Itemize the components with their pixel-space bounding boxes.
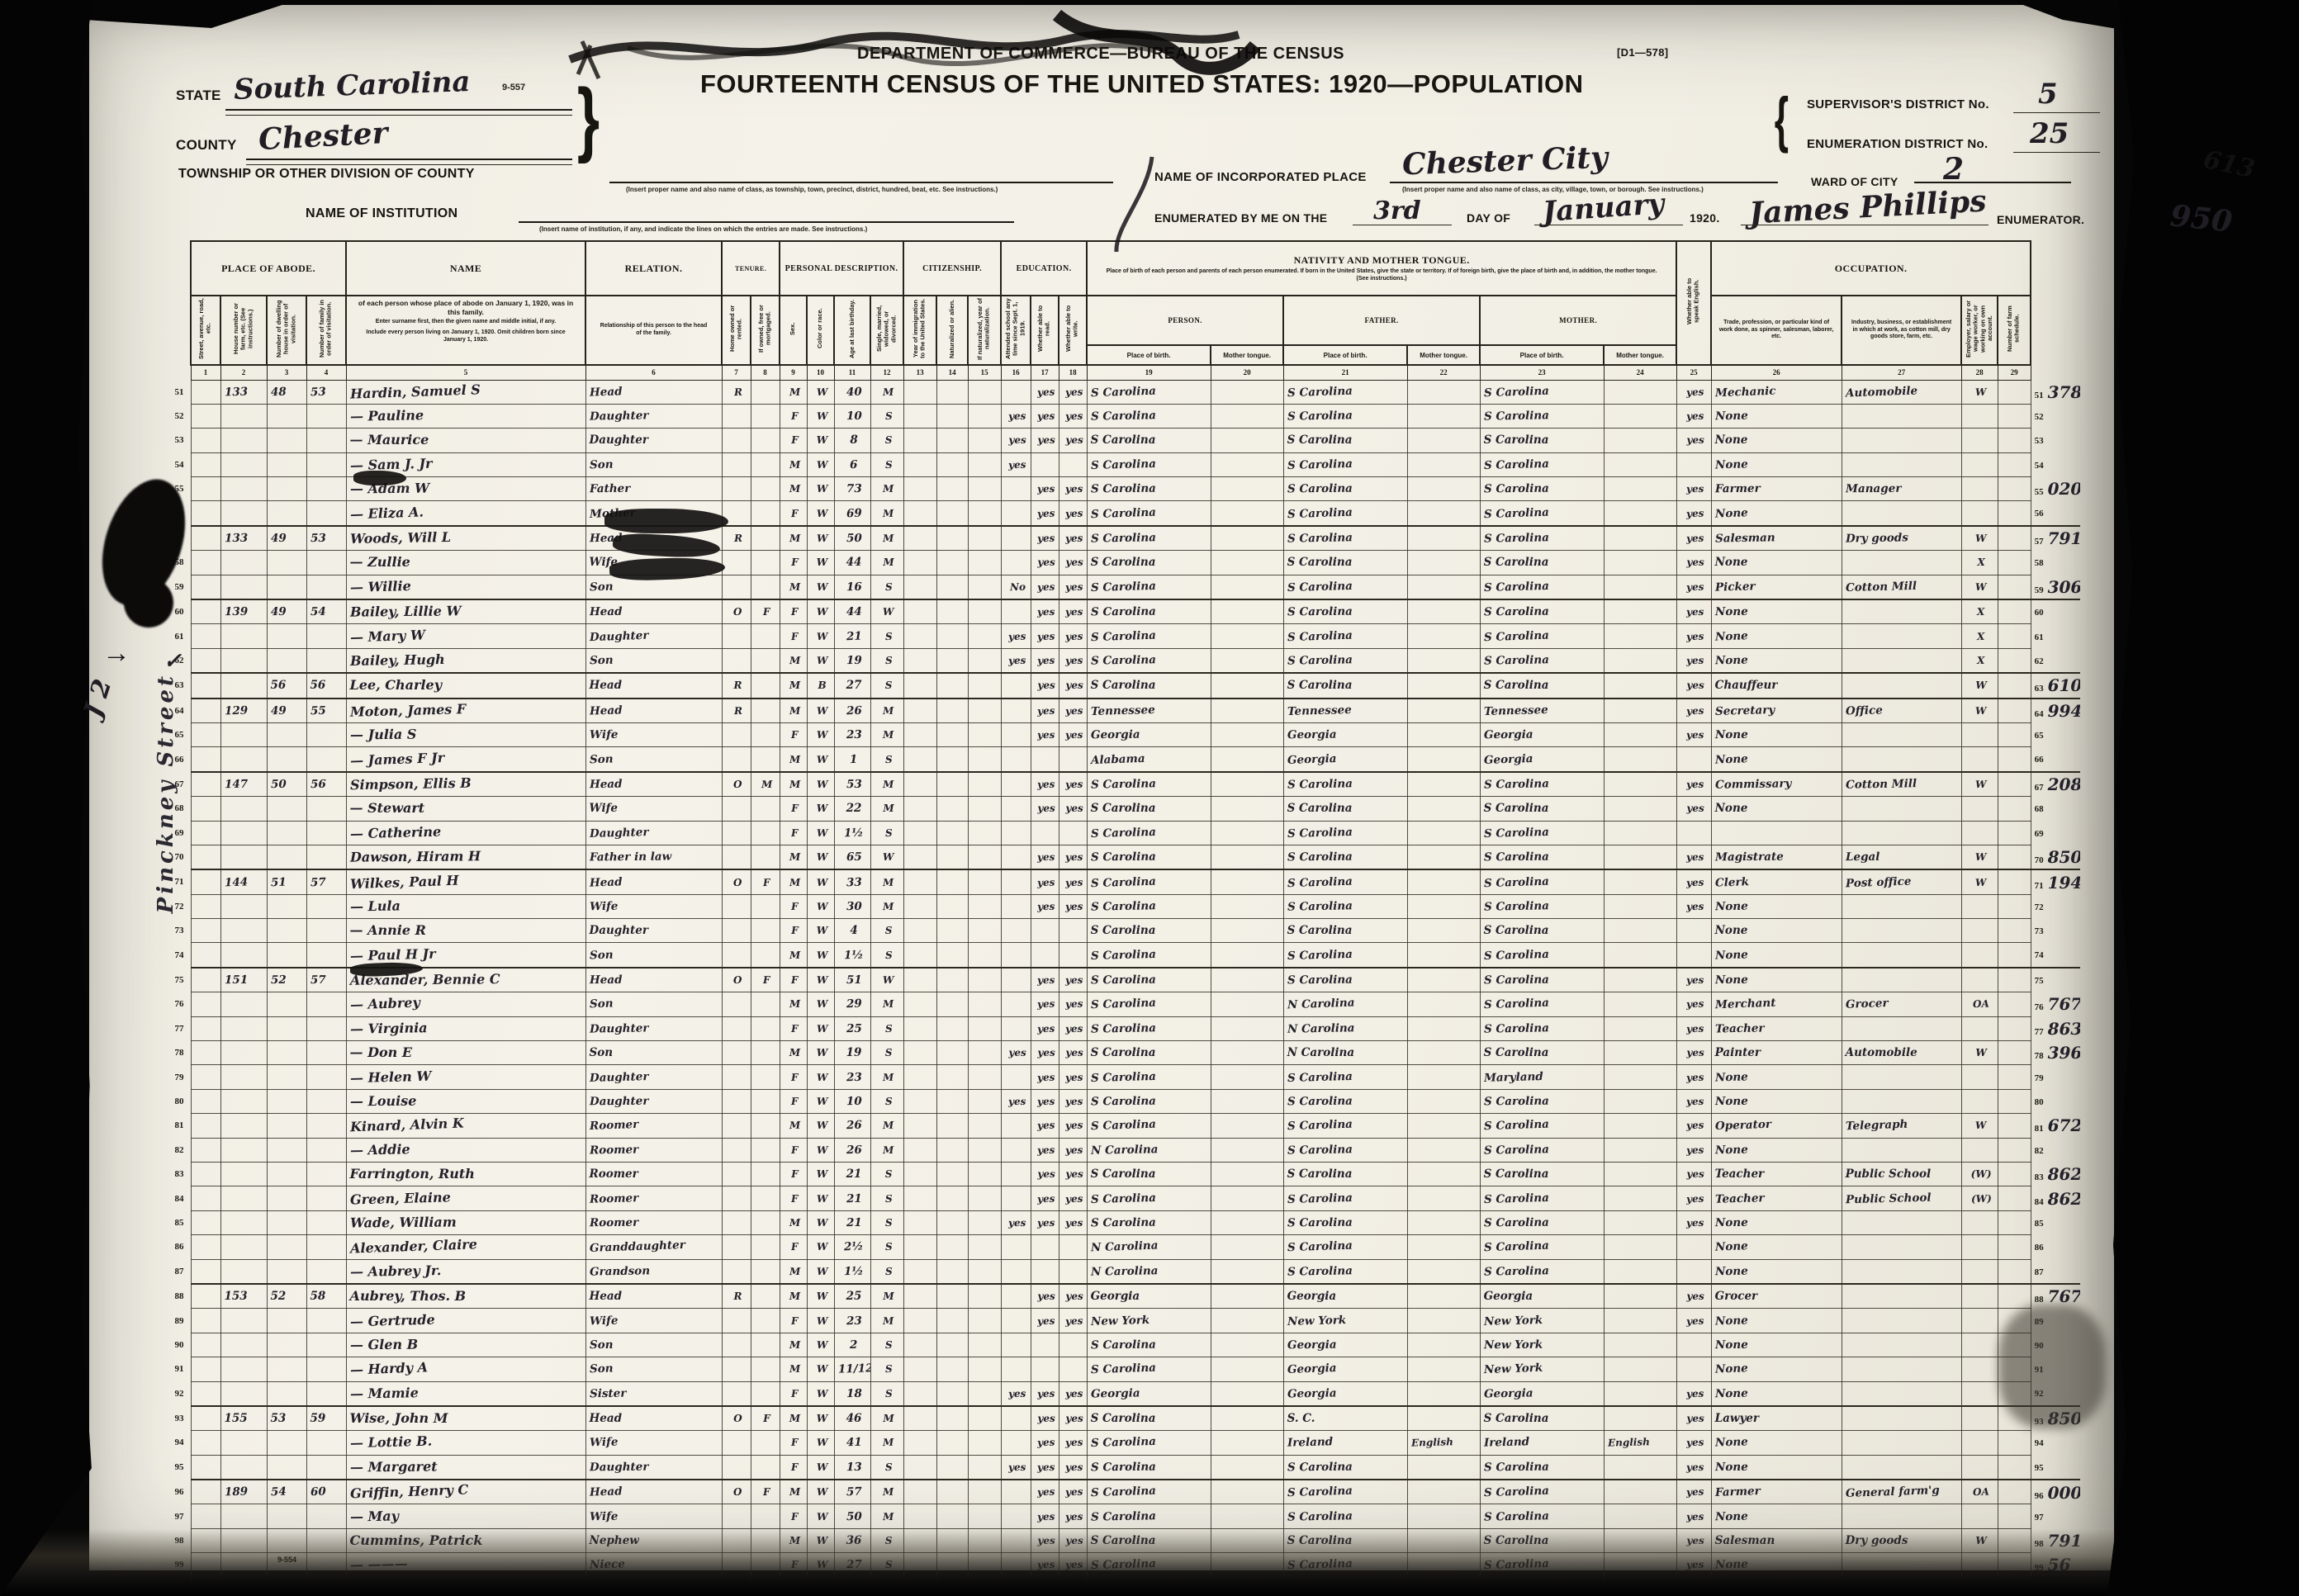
cell-pob-person: S Carolina [1087, 845, 1211, 869]
cell-industry [1842, 1235, 1961, 1259]
handwritten-value: None [1711, 1436, 1747, 1450]
cell-nat-year [968, 1016, 1001, 1040]
cell-tenure [722, 747, 751, 772]
handwritten-value: 16 [842, 580, 861, 594]
cell-farm [1998, 452, 2031, 476]
cell-write: yes [1059, 1309, 1087, 1333]
census-row: 881535258Aubrey, Thos. BHeadRMW25Myesyes… [161, 1284, 2080, 1309]
cell-read: yes [1031, 501, 1059, 526]
column-number: 28 [1961, 365, 1998, 380]
cell-relation: Daughter [585, 1016, 722, 1040]
handwritten-value: None [1711, 1314, 1747, 1328]
col-street-note: Street, avenue, road, etc. [198, 297, 212, 360]
handwritten-value: yes [1034, 1144, 1055, 1156]
cell-pob-father: S Carolina [1283, 1138, 1407, 1162]
cell-tenure [722, 1504, 751, 1528]
handwritten-value: Daughter [586, 433, 648, 447]
census-row: 961895460Griffin, Henry CHeadOFMW57Myesy… [161, 1480, 2080, 1504]
cell-write: yes [1059, 845, 1087, 869]
cell-school [1001, 501, 1031, 526]
cell-dwelling [267, 821, 306, 845]
margin-code-number: 610 [2044, 675, 2081, 695]
cell-naturalized [936, 551, 968, 575]
handwritten-value: W [813, 998, 828, 1011]
cell-write [1059, 821, 1087, 845]
handwritten-value: M [879, 1437, 894, 1448]
handwritten-value: 23 [843, 728, 862, 741]
handwritten-value: yes [1062, 1461, 1083, 1473]
cell-house [220, 1163, 267, 1186]
handwritten-value: yes [1034, 483, 1055, 495]
cell-employer [1961, 1259, 1998, 1284]
cell-marital: M [870, 1114, 903, 1138]
handwritten-value: Head [585, 778, 622, 792]
cell-race: W [807, 845, 834, 869]
handwritten-value: S Carolina [1283, 409, 1352, 423]
cell-dwelling [267, 1381, 306, 1406]
cell-mt-person [1211, 722, 1283, 746]
cell-pob-mother: S Carolina [1480, 1504, 1604, 1528]
handwritten-value: Operator [1711, 1118, 1771, 1134]
handwritten-value: S Carolina [1480, 899, 1548, 913]
handwritten-value: Lee, Charley [347, 677, 442, 693]
handwritten-value: W [813, 1266, 828, 1277]
cell-race: W [807, 869, 834, 894]
cell-pob-father: S Carolina [1283, 1259, 1407, 1284]
cell-house: 139 [220, 599, 267, 624]
printed-line-number: 81 [2031, 1124, 2044, 1134]
handwritten-value: 1½ [841, 1265, 864, 1278]
handwritten-value: 41 [842, 1436, 861, 1450]
cell-pob-mother: S Carolina [1480, 845, 1604, 869]
cell-house [220, 501, 267, 526]
cell-english: yes [1676, 772, 1711, 797]
handwritten-value: yes [1683, 998, 1704, 1011]
cell-tenure [722, 648, 751, 673]
handwritten-value: 19 [843, 1046, 862, 1059]
handwritten-value: Georgia [1284, 1338, 1337, 1352]
handwritten-value: M [786, 753, 801, 765]
handwritten-value: S Carolina [1087, 653, 1155, 667]
handwritten-value: None [1711, 948, 1747, 962]
cell-immigration [903, 1381, 936, 1406]
handwritten-value: F [788, 630, 799, 642]
cell-mt-father [1407, 1381, 1480, 1406]
cell-trade: Salesman [1711, 526, 1842, 551]
cell-street [191, 1041, 220, 1065]
cell-age: 26 [834, 1114, 870, 1138]
cell-nat-year [968, 1504, 1001, 1528]
cell-industry: Telegraph [1842, 1114, 1961, 1138]
cell-pob-mother: S Carolina [1480, 526, 1604, 551]
cell-race: W [807, 1016, 834, 1040]
cell-sex: F [780, 797, 807, 821]
cell-trade: Teacher [1711, 1163, 1842, 1186]
cell-relation: Son [585, 747, 722, 772]
cell-name: — Lottie B. [346, 1431, 585, 1455]
cell-employer: OA [1961, 992, 1998, 1016]
cell-naturalized [936, 501, 968, 526]
handwritten-value: 60 [306, 1485, 325, 1499]
cell-pob-mother: Georgia [1480, 747, 1604, 772]
cell-school [1001, 673, 1031, 698]
col-age-note: Age at last birthday. [849, 297, 856, 360]
cell-school [1001, 772, 1031, 797]
handwritten-value: S Carolina [1087, 384, 1155, 400]
handwritten-value: 22 [843, 802, 862, 815]
handwritten-value: Office [1842, 703, 1882, 717]
cell-employer: W [1961, 380, 1998, 404]
cell-nat-year [968, 1210, 1001, 1234]
cell-english [1676, 452, 1711, 476]
handwritten-value: yes [1683, 655, 1704, 666]
handwritten-value: Green, Elaine [346, 1189, 450, 1207]
cell-name: — Aubrey Jr. [346, 1259, 585, 1284]
handwritten-value: yes [1034, 1047, 1055, 1058]
cell-nat-year [968, 1406, 1001, 1431]
cell-employer [1961, 429, 1998, 452]
cell-pob-mother: S Carolina [1480, 1259, 1604, 1284]
cell-mt-mother [1604, 624, 1676, 648]
cell-house [220, 1333, 267, 1357]
cell-immigration [903, 452, 936, 476]
cell-sex: M [780, 869, 807, 894]
handwritten-value: Clerk [1711, 875, 1748, 890]
cell-immigration [903, 1259, 936, 1284]
cell-trade: None [1711, 404, 1842, 428]
cell-family: 60 [306, 1480, 346, 1504]
cell-street [191, 968, 220, 992]
cell-street [191, 501, 220, 526]
cell-pob-mother: S Carolina [1480, 1235, 1604, 1259]
handwritten-value: 23 [842, 1070, 861, 1084]
cell-immigration [903, 1016, 936, 1040]
printed-line-number: 53 [2031, 436, 2044, 446]
cell-mt-person [1211, 1235, 1283, 1259]
cell-street [191, 1309, 220, 1333]
cell-age: 44 [834, 599, 870, 624]
cell-employer: OA [1961, 1480, 1998, 1504]
handwritten-value: yes [1034, 1314, 1055, 1327]
line-number-right: 58 [2031, 551, 2080, 575]
cell-mortgage [751, 1041, 780, 1065]
handwritten-value: S Carolina [1284, 679, 1353, 692]
cell-family [306, 943, 346, 968]
handwritten-value: — Lula [346, 897, 400, 914]
cell-street [191, 429, 220, 452]
handwritten-value: — Stewart [347, 800, 425, 816]
cell-dwelling: 54 [267, 1480, 306, 1504]
handwritten-value: O [730, 876, 742, 888]
cell-trade: None [1711, 624, 1842, 648]
cell-dwelling [267, 747, 306, 772]
handwritten-value: — Aubrey Jr. [346, 1262, 441, 1280]
handwritten-value: New York [1481, 1338, 1543, 1352]
handwritten-value: Teacher [1712, 1167, 1765, 1181]
handwritten-value: M [786, 1339, 800, 1351]
printed-line-number: 65 [2031, 731, 2044, 741]
cell-mt-father [1407, 673, 1480, 698]
line-number-right: 73 [2031, 919, 2080, 943]
handwritten-value: S [882, 1168, 893, 1180]
handwritten-value: — Paul H Jr [346, 945, 435, 964]
col-family: Number of family in order of visitation. [306, 296, 346, 365]
census-row: 89— GertrudeWifeFW23MyesyesNew YorkNew Y… [161, 1309, 2080, 1333]
handwritten-value: S Carolina [1481, 605, 1549, 619]
cell-mt-person [1211, 772, 1283, 797]
cell-mt-father [1407, 380, 1480, 404]
cell-industry [1842, 673, 1961, 698]
cell-relation: Daughter [585, 1089, 722, 1113]
handwritten-value: Wife [586, 802, 618, 815]
handwritten-value: yes [1683, 507, 1704, 519]
cell-pob-father: S Carolina [1283, 1089, 1407, 1113]
handwritten-value: None [1711, 900, 1747, 914]
cell-mortgage [751, 722, 780, 746]
printed-line-number: 86 [2031, 1243, 2044, 1253]
cell-marital: S [870, 575, 903, 599]
handwritten-value: W [813, 705, 828, 717]
cell-pob-father: S Carolina [1283, 1504, 1407, 1528]
cell-sex: F [780, 429, 807, 452]
cell-nat-year [968, 1333, 1001, 1357]
cell-street [191, 575, 220, 599]
cell-age: 65 [834, 845, 870, 869]
cell-relation: Roomer [585, 1114, 722, 1138]
cell-industry [1842, 501, 1961, 526]
cell-school [1001, 526, 1031, 551]
printed-line-number: 84 [2031, 1197, 2044, 1207]
table-body: 511334853Hardin, Samuel SHeadRMW40Myesye… [161, 380, 2080, 1596]
cell-trade: Teacher [1711, 1016, 1842, 1040]
cell-nat-year [968, 599, 1001, 624]
handwritten-value: Daughter [585, 628, 648, 644]
cell-industry [1842, 1210, 1961, 1234]
cell-english: yes [1676, 845, 1711, 869]
cell-race: W [807, 1210, 834, 1234]
handwritten-value: None [1711, 629, 1747, 644]
cell-family: 56 [306, 772, 346, 797]
cell-employer [1961, 452, 1998, 476]
handwritten-value: F [788, 606, 799, 618]
cell-write [1059, 1259, 1087, 1284]
handwritten-value: S Carolina [1480, 1143, 1548, 1157]
col-mortgage: If owned, free or mortgaged. [751, 296, 780, 365]
cell-family [306, 1041, 346, 1065]
column-number: 2 [220, 365, 267, 380]
handwritten-value: F [788, 1461, 799, 1473]
cell-farm [1998, 1455, 2031, 1480]
cell-pob-father: S Carolina [1283, 919, 1407, 943]
cell-street [191, 1163, 220, 1186]
handwritten-value: yes [1062, 729, 1083, 741]
cell-mortgage: F [751, 1406, 780, 1431]
cell-pob-mother: S Carolina [1480, 452, 1604, 476]
handwritten-value: M [879, 1144, 894, 1156]
cell-employer: W [1961, 845, 1998, 869]
handwritten-value: S Carolina [1283, 531, 1352, 545]
cell-sex: M [780, 1114, 807, 1138]
cell-school [1001, 845, 1031, 869]
handwritten-value: W [1972, 1047, 1986, 1058]
cell-immigration [903, 1114, 936, 1138]
handwritten-value: 53 [306, 385, 325, 399]
printed-line-number: 87 [2031, 1267, 2044, 1277]
cell-nat-year [968, 1455, 1001, 1480]
cell-dwelling [267, 1065, 306, 1089]
cell-tenure [722, 575, 751, 599]
handwritten-value: yes [1683, 434, 1704, 446]
cell-sex: M [780, 992, 807, 1016]
cell-pob-father: S Carolina [1283, 452, 1407, 476]
cell-write: yes [1059, 1041, 1087, 1065]
cell-mt-mother [1604, 1357, 1676, 1381]
cell-mt-mother [1604, 747, 1676, 772]
cell-age: 22 [834, 797, 870, 821]
cell-naturalized [936, 797, 968, 821]
cell-mortgage [751, 501, 780, 526]
cell-mortgage [751, 1333, 780, 1357]
scan-edge-bottom [0, 1529, 2299, 1596]
cell-write: yes [1059, 380, 1087, 404]
handwritten-value: F [788, 803, 799, 814]
handwritten-value: N Carolina [1087, 1264, 1158, 1278]
cell-trade: None [1711, 1259, 1842, 1284]
cell-mt-mother [1604, 1235, 1676, 1259]
cell-family [306, 452, 346, 476]
handwritten-value: S Carolina [1284, 482, 1353, 496]
cell-tenure [722, 722, 751, 746]
cell-name: Lee, Charley [346, 673, 585, 698]
cell-trade: Commissary [1711, 772, 1842, 797]
cell-read [1031, 943, 1059, 968]
check-mark: ✓ [164, 649, 182, 674]
handwritten-value: Georgia [1283, 1386, 1336, 1400]
cell-house: 133 [220, 526, 267, 551]
handwritten-value: yes [1062, 1120, 1083, 1132]
cell-sex: M [780, 1041, 807, 1065]
handwritten-value: W [813, 1096, 828, 1107]
cell-race: W [807, 624, 834, 648]
line-number-right: 87 [2031, 1259, 2080, 1284]
cell-age: 69 [834, 501, 870, 526]
census-row: 711445157Wilkes, Paul HHeadOFMW33Myesyes… [161, 869, 2080, 894]
handwritten-value: W [1972, 680, 1986, 691]
cell-age: 25 [834, 1284, 870, 1309]
cell-street [191, 1357, 220, 1381]
handwritten-value: S Carolina [1480, 1485, 1548, 1500]
handwritten-value: W [813, 1314, 828, 1326]
cell-mt-mother [1604, 968, 1676, 992]
enum-district-label: ENUMERATION DISTRICT No. [1807, 137, 1988, 151]
cell-mortgage [751, 452, 780, 476]
handwritten-value: M [786, 1120, 801, 1132]
cell-mt-father [1407, 1041, 1480, 1065]
cell-pob-mother: Georgia [1480, 722, 1604, 746]
handwritten-value: — Don E [347, 1044, 413, 1060]
cell-school [1001, 943, 1031, 968]
column-number: 13 [903, 365, 936, 380]
cell-employer [1961, 1089, 1998, 1113]
cell-street [191, 722, 220, 746]
cell-tenure: R [722, 526, 751, 551]
cell-name: Bailey, Lillie W [346, 599, 585, 624]
handwritten-value: 59 [307, 1412, 326, 1425]
cell-mortgage [751, 1431, 780, 1455]
handwritten-value: 57 [842, 1485, 861, 1499]
cell-immigration [903, 992, 936, 1016]
cell-family: 56 [306, 673, 346, 698]
cell-name: Woods, Will L [346, 526, 585, 551]
cell-read [1031, 919, 1059, 943]
cell-dwelling [267, 1504, 306, 1528]
handwritten-value: Ireland [1283, 1436, 1333, 1451]
cell-tenure [722, 1259, 751, 1284]
handwritten-value: yes [1062, 1217, 1083, 1229]
handwritten-value: S Carolina [1088, 1095, 1156, 1109]
cell-mt-mother [1604, 722, 1676, 746]
cell-farm [1998, 1114, 2031, 1138]
cell-mortgage [751, 992, 780, 1016]
line-number-right: 85 [2031, 1210, 2080, 1234]
cell-mt-father [1407, 1114, 1480, 1138]
cell-naturalized [936, 1309, 968, 1333]
cell-name: — Eliza A. [346, 501, 585, 526]
cell-immigration [903, 624, 936, 648]
cell-industry: Manager [1842, 477, 1961, 501]
handwritten-value: OA [1970, 998, 1989, 1011]
cell-nat-year [968, 1089, 1001, 1113]
cell-street [191, 943, 220, 968]
column-number: 18 [1059, 365, 1087, 380]
cell-mt-person [1211, 526, 1283, 551]
cell-name: Green, Elaine [346, 1186, 585, 1210]
handwritten-value: Grocer [1712, 1290, 1758, 1303]
cell-sex: M [780, 673, 807, 698]
cell-read: yes [1031, 1284, 1059, 1309]
form-number-bottom: 9-554 [277, 1556, 296, 1564]
handwritten-value: S Carolina [1481, 1216, 1549, 1230]
col-trade-note: Trade, profession, or particular kind of… [1711, 296, 1842, 365]
cell-mortgage [751, 1016, 780, 1040]
handwritten-value: yes [1683, 410, 1704, 422]
cell-family: 59 [306, 1406, 346, 1431]
cell-pob-mother: New York [1480, 1333, 1604, 1357]
cell-name: — May [346, 1504, 585, 1528]
cell-trade: None [1711, 551, 1842, 575]
cell-relation: Head [585, 1284, 722, 1309]
cell-naturalized [936, 1504, 968, 1528]
handwritten-value: None [1712, 728, 1748, 741]
cell-english: yes [1676, 1381, 1711, 1406]
handwritten-value: Georgia [1481, 728, 1533, 742]
handwritten-value: M [786, 949, 801, 960]
cell-name: Bailey, Hugh [346, 648, 585, 673]
line-number-right: 84862 [2031, 1186, 2080, 1210]
handwritten-value: S Carolina [1480, 580, 1548, 594]
cell-pob-mother: S Carolina [1480, 919, 1604, 943]
cell-marital: S [870, 1235, 903, 1259]
handwritten-value: F [788, 410, 799, 422]
cell-mt-person [1211, 797, 1283, 821]
handwritten-value: Son [585, 948, 613, 962]
cell-nat-year [968, 772, 1001, 797]
cell-pob-mother: S Carolina [1480, 869, 1604, 894]
cell-read: yes [1031, 1309, 1059, 1333]
subgroup-mother: MOTHER. [1480, 296, 1676, 345]
printed-line-number: 57 [2031, 537, 2044, 547]
relation-scratch-1 [604, 509, 728, 533]
